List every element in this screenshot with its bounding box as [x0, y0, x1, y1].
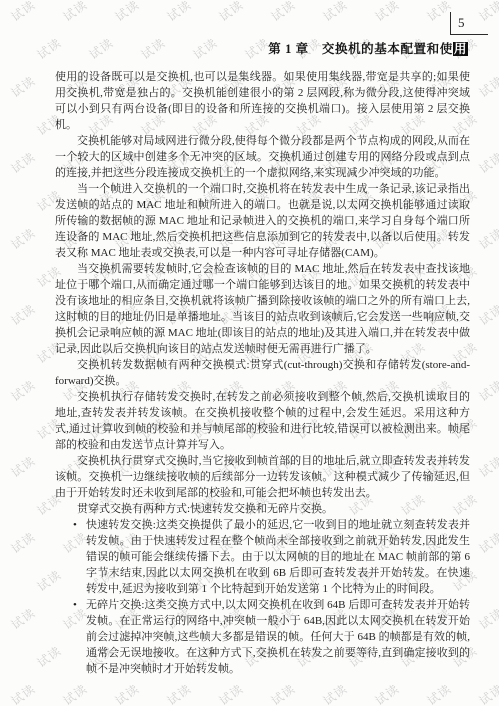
bullet-marker-icon: •	[73, 597, 77, 613]
watermark-text: 试读	[163, 0, 194, 25]
watermark-text: 试读	[319, 0, 350, 25]
watermark-text: 试读	[163, 680, 194, 706]
watermark-text: 试读	[7, 452, 38, 481]
watermark-text: 试读	[111, 680, 142, 706]
watermark-text: 试读	[475, 300, 499, 329]
bullet-item: •无碎片交换:这类交换方式中,以太网交换机在收到 64B 后即可查转发表并开始转…	[73, 597, 470, 677]
page-number-corner: 5	[450, 12, 488, 35]
watermark-text: 试读	[215, 0, 246, 25]
watermark-text: 试读	[475, 680, 499, 706]
chapter-title-highlight: 用	[453, 42, 468, 56]
watermark-text: 试读	[319, 680, 350, 706]
paragraph: 当交换机需要转发帧时,它会检查该帧的目的 MAC 地址,然后在转发表中查找该地址…	[55, 261, 470, 357]
watermark-text: 试读	[59, 680, 90, 706]
watermark-text: 试读	[7, 680, 38, 706]
watermark-text: 试读	[475, 224, 499, 253]
scanned-book-page: 试读试读试读试读试读试读试读试读试读试读试读试读试读试读试读试读试读试读试读试读…	[0, 0, 499, 706]
watermark-text: 试读	[475, 604, 499, 633]
bullet-list: •快速转发交换:这类交换提供了最小的延迟,它一收到目的地址就立刻查转发表并转发帧…	[55, 517, 470, 677]
bullet-text: 快速转发交换:这类交换提供了最小的延迟,它一收到目的地址就立刻查转发表并转发帧。…	[86, 519, 470, 595]
watermark-text: 试读	[475, 376, 499, 405]
watermark-text: 试读	[7, 300, 38, 329]
paragraph: 交换机执行贯穿式交换时,当它接收到帧首部的目的地址后,就立即查转发表并转发该帧。…	[55, 453, 470, 501]
bullet-item: •快速转发交换:这类交换提供了最小的延迟,它一收到目的地址就立刻查转发表并转发帧…	[73, 517, 470, 597]
watermark-text: 试读	[7, 376, 38, 405]
paragraph: 贯穿式交换有两种方式:快速转发交换和无碎片交换。	[55, 501, 470, 517]
watermark-text: 试读	[7, 72, 38, 101]
bullet-text: 无碎片交换:这类交换方式中,以太网交换机在收到 64B 后即可查转发表并开始转发…	[86, 599, 470, 675]
watermark-text: 试读	[33, 34, 64, 63]
watermark-text: 试读	[267, 0, 298, 25]
watermark-text: 试读	[475, 528, 499, 557]
watermark-text: 试读	[7, 528, 38, 557]
watermark-text: 试读	[475, 452, 499, 481]
watermark-text: 试读	[137, 34, 168, 63]
watermark-text: 试读	[189, 34, 220, 63]
paragraph: 交换机能够对局域网进行微分段,使得每个微分段都是两个节点构成的网段,从而在一个较…	[55, 133, 470, 181]
bullet-marker-icon: •	[73, 517, 77, 533]
paragraph: 当一个帧进入交换机的一个端口时,交换机将在转发表中生成一条记录,该记录指出发送帧…	[55, 181, 470, 261]
watermark-text: 试读	[475, 72, 499, 101]
chapter-title-text: 第 1 章 交换机的基本配置和使	[268, 42, 453, 56]
watermark-text: 试读	[7, 0, 38, 25]
watermark-text: 试读	[371, 0, 402, 25]
watermark-text: 试读	[267, 680, 298, 706]
chapter-heading: 第 1 章 交换机的基本配置和使用	[268, 39, 468, 57]
watermark-text: 试读	[371, 680, 402, 706]
paragraph: 交换机执行存储转发交换时,在转发之前必须接收到整个帧,然后,交换机读取目的地址,…	[55, 389, 470, 453]
document-body: 使用的设备既可以是交换机,也可以是集线器。如果使用集线器,带宽是共享的;如果使用…	[55, 69, 470, 677]
watermark-text: 试读	[7, 224, 38, 253]
watermark-text: 试读	[7, 604, 38, 633]
watermark-text: 试读	[59, 0, 90, 25]
watermark-text: 试读	[215, 680, 246, 706]
watermark-text: 试读	[85, 34, 116, 63]
watermark-text: 试读	[111, 0, 142, 25]
watermark-text: 试读	[475, 148, 499, 177]
page-number: 5	[458, 14, 465, 32]
paragraph: 使用的设备既可以是交换机,也可以是集线器。如果使用集线器,带宽是共享的;如果使用…	[55, 69, 470, 133]
paragraph: 交换机转发数据帧有两种交换模式:贯穿式(cut-through)交换和存储转发(…	[55, 357, 470, 389]
watermark-text: 试读	[423, 680, 454, 706]
watermark-text: 试读	[7, 148, 38, 177]
